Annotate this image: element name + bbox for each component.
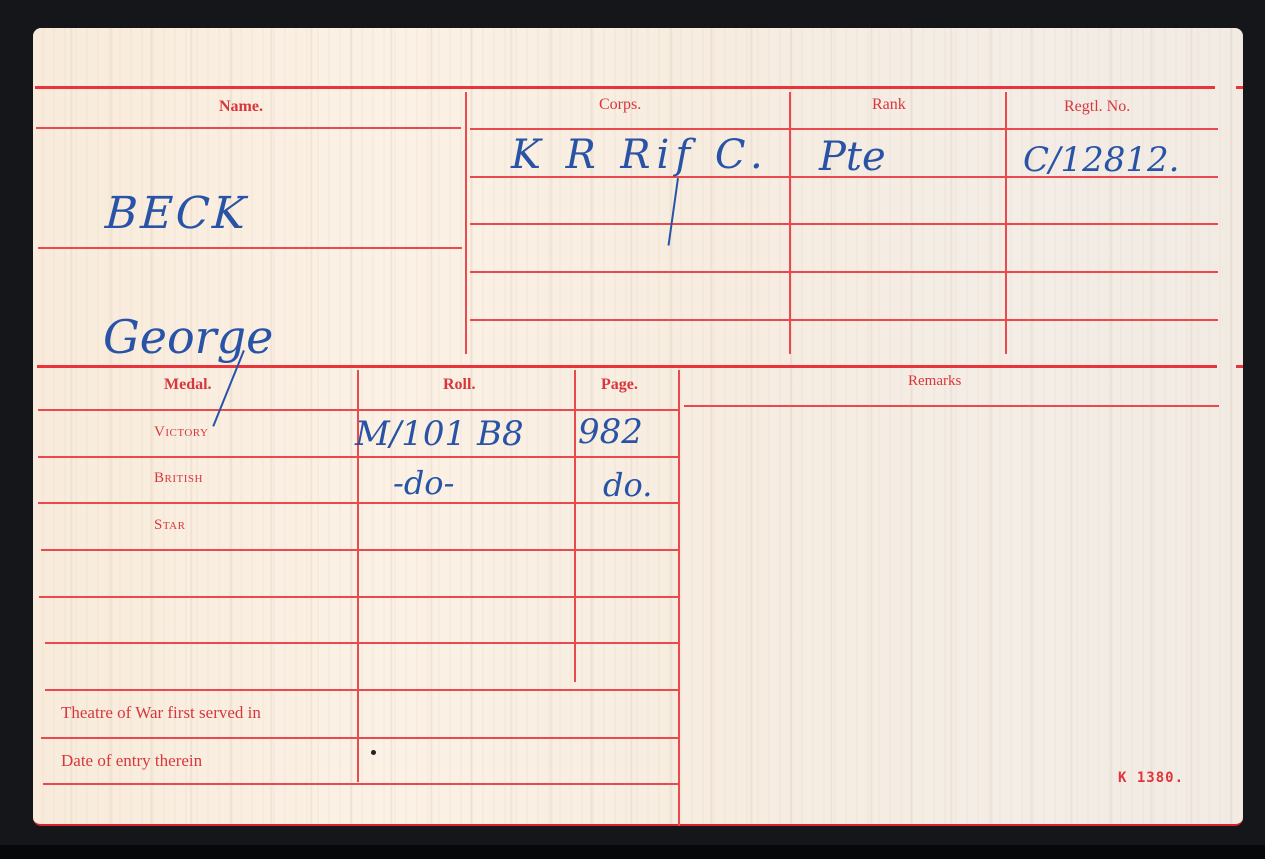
- corps-label: Corps.: [599, 96, 641, 114]
- medal-row-rule-5: [45, 642, 678, 644]
- medal-row-rule-6: [45, 689, 678, 691]
- forename-entry: George: [103, 310, 273, 364]
- scanner-bottom-strip: [0, 845, 1265, 859]
- medal-label: Medal.: [164, 376, 212, 394]
- page-left-rule: [574, 370, 576, 682]
- medal-row-rule-4: [39, 596, 678, 598]
- medal-row-rule-2: [38, 502, 678, 504]
- british-roll-entry: -do-: [393, 464, 454, 502]
- remarks-area: [685, 410, 1215, 820]
- top-thick-rule-stub: [1236, 86, 1243, 89]
- corps-left-rule: [465, 92, 467, 354]
- surname-rule: [38, 247, 462, 249]
- surname-entry: BECK: [99, 188, 255, 239]
- victory-page-entry: 982: [578, 412, 643, 452]
- theatre-row-rule: [41, 737, 678, 739]
- remarks-label: Remarks: [908, 373, 961, 390]
- top-thick-rule: [35, 86, 1215, 89]
- corps-row-rule-1: [470, 128, 1218, 130]
- medal-index-card: Name. Corps. Rank Regtl. No. Medal. Roll…: [33, 28, 1243, 826]
- ink-speck: [371, 750, 376, 755]
- regtl-no-entry: C/12812.: [1023, 140, 1179, 180]
- rank-entry: Pte: [819, 134, 886, 180]
- regtl-no-label: Regtl. No.: [1064, 98, 1130, 116]
- medal-star-label: Star: [154, 517, 185, 534]
- medal-header-rule: [38, 409, 678, 411]
- medal-victory-label: Victory: [154, 424, 208, 441]
- corps-row-rule-5: [470, 319, 1218, 321]
- page-label: Page.: [601, 376, 638, 394]
- corps-row-rule-3: [470, 223, 1218, 225]
- remarks-header-rule: [684, 405, 1219, 407]
- medal-british-label: British: [154, 470, 203, 487]
- medal-row-rule-3: [41, 549, 678, 551]
- theatre-label: Theatre of War first served in: [61, 703, 261, 723]
- remarks-left-rule: [678, 370, 680, 826]
- middle-thick-rule-stub: [1236, 365, 1243, 368]
- rank-label: Rank: [872, 96, 906, 114]
- corps-entry: K R Rif C.: [511, 132, 769, 178]
- name-header-rule: [36, 127, 461, 129]
- british-page-entry: do.: [603, 466, 652, 504]
- date-entry-label: Date of entry therein: [61, 751, 202, 771]
- theatre-value: [363, 692, 673, 732]
- name-label: Name.: [219, 98, 263, 116]
- date-row-rule: [43, 783, 678, 785]
- middle-thick-rule: [37, 365, 1217, 368]
- medal-row-rule-1: [38, 456, 678, 458]
- victory-roll-entry: M/101 B8: [355, 414, 524, 454]
- roll-label: Roll.: [443, 376, 475, 394]
- corps-descender: [668, 178, 679, 246]
- corps-row-rule-4: [470, 271, 1218, 273]
- date-entry-value: [363, 740, 673, 780]
